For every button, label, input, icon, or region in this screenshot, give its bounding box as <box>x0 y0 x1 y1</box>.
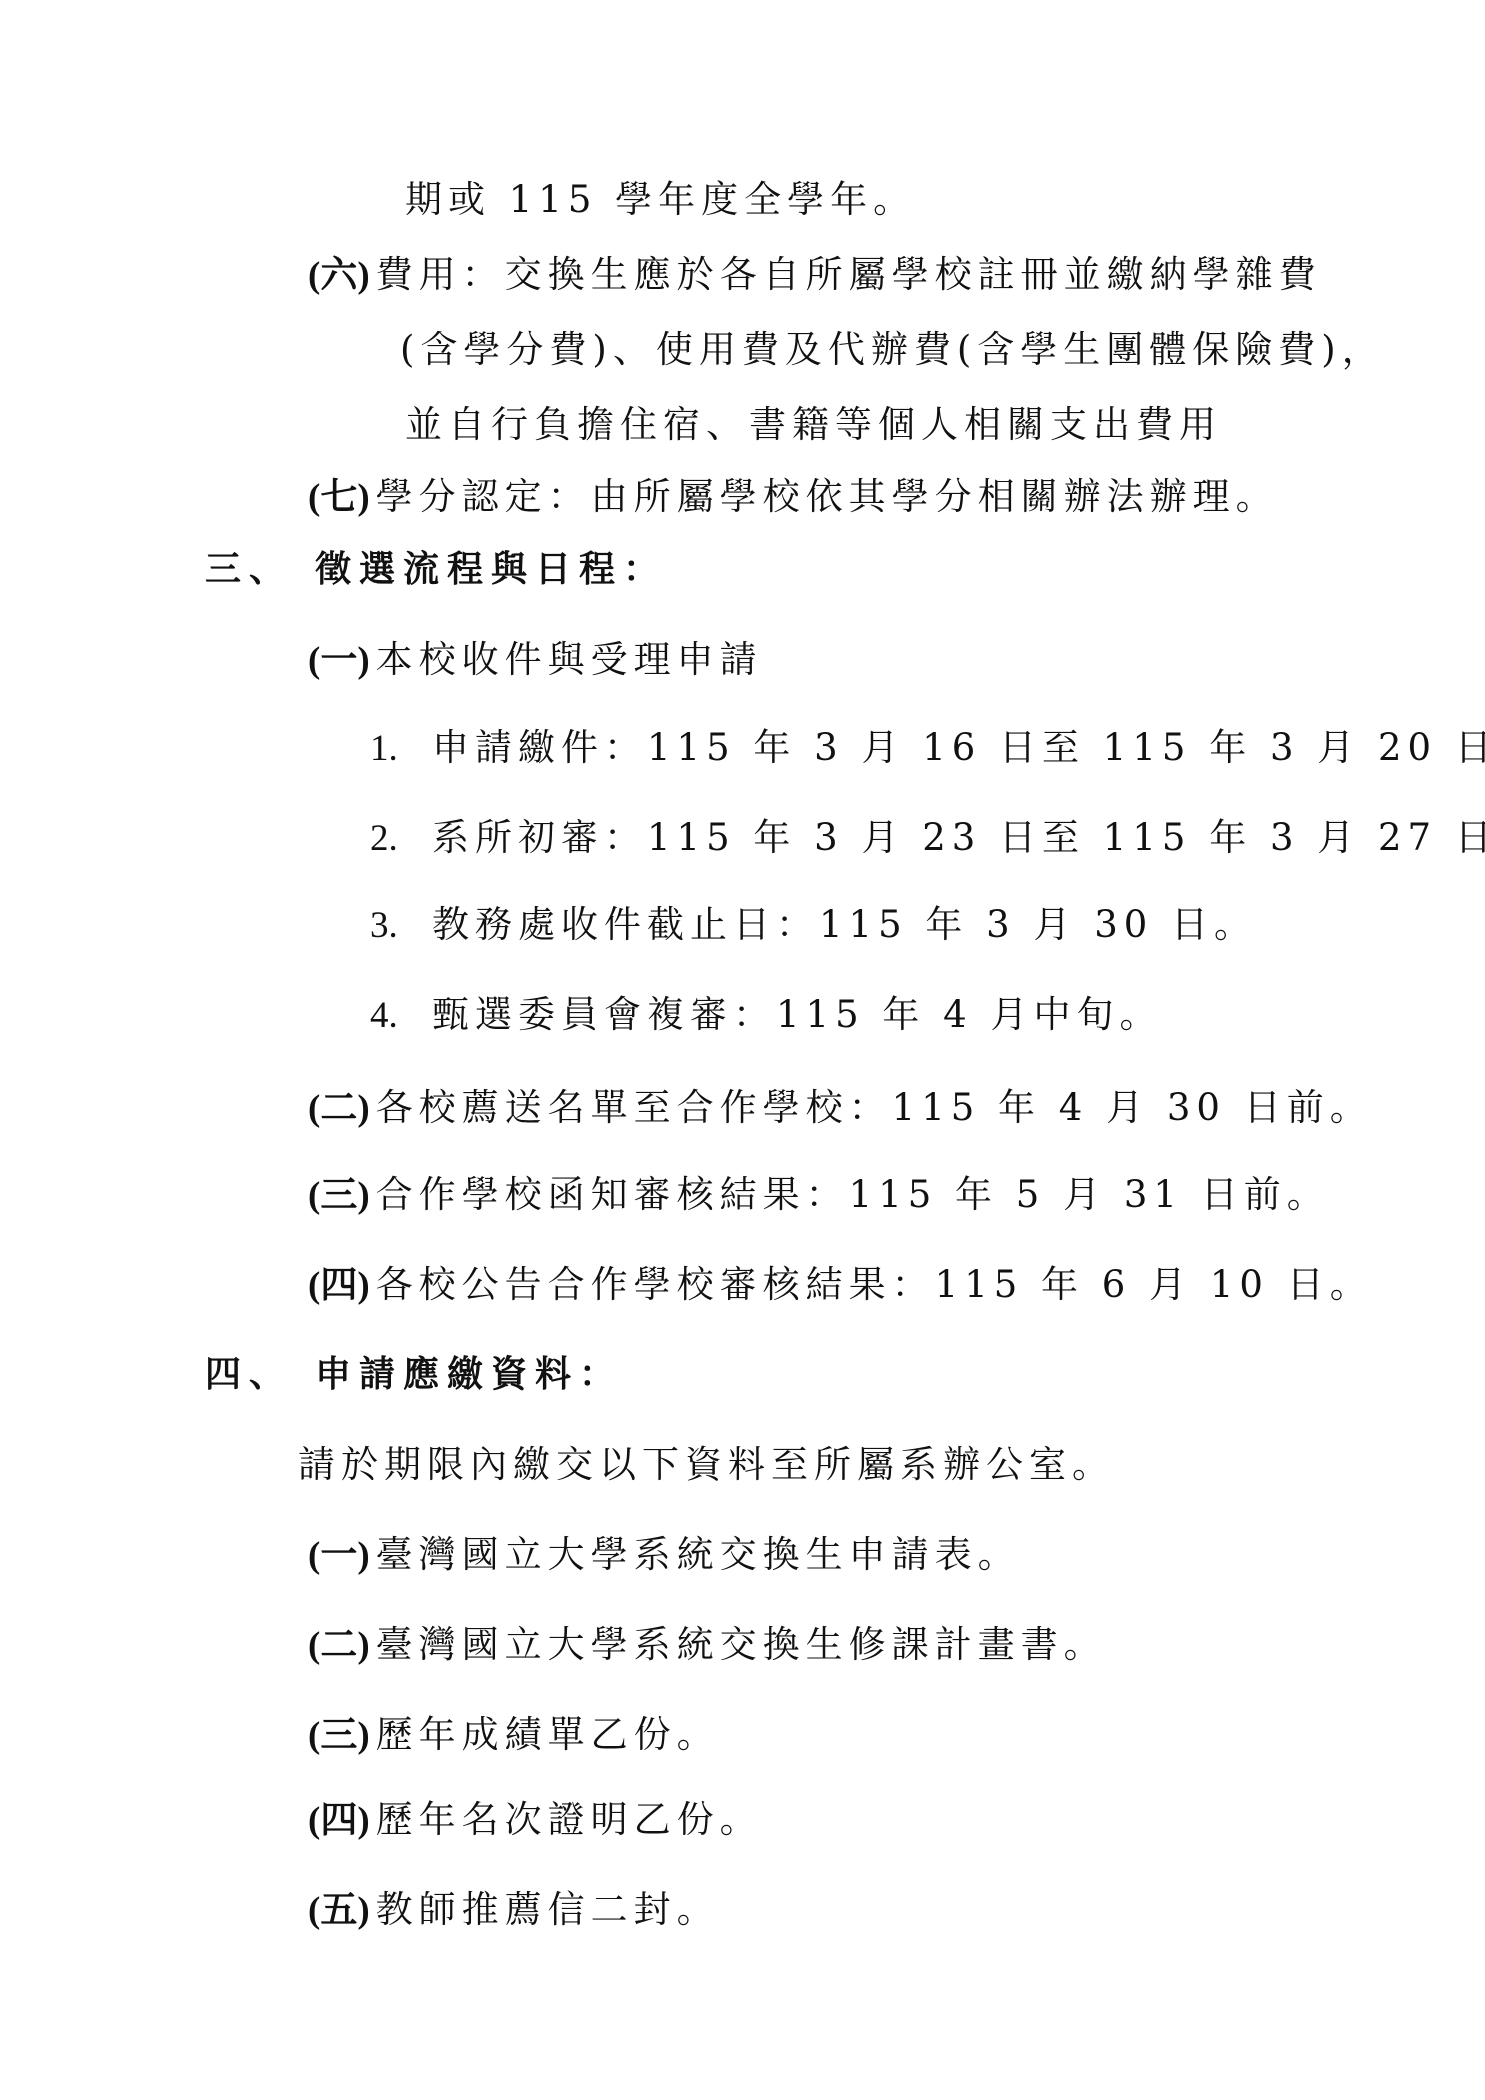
section2-item-6-line-3: 並自行負擔住宿、書籍等個人相關支出費用 <box>405 401 1222 449</box>
subitem-text: 教務處收件截止日：115 年 3 月 30 日。 <box>432 903 1257 946</box>
schedule-subitem: 2.系所初審：115 年 3 月 23 日至 115 年 3 月 27 日。 <box>370 814 1485 863</box>
section4-heading: 四、申請應繳資料： <box>205 1351 623 1399</box>
section3-item-1: (一)本校收件與受理申請 <box>308 636 763 685</box>
section3-item-2: (二)各校薦送名單至合作學校：115 年 4 月 30 日前。 <box>308 1084 1373 1133</box>
section2-item-7: (七)學分認定：由所屬學校依其學分相關辦法辦理。 <box>308 473 1279 522</box>
item-text: 本校收件與受理申請 <box>376 638 763 681</box>
item-label: (四) <box>308 1800 370 1841</box>
item-label: (二) <box>308 1088 370 1129</box>
item-text: 費用：交換生應於各自所屬學校註冊並繳納學雜費 <box>376 253 1322 296</box>
required-document-item: (二)臺灣國立大學系統交換生修課計畫書。 <box>308 1621 1107 1670</box>
section-title: 申請應繳資料： <box>315 1354 623 1395</box>
schedule-subitem: 1.申請繳件：115 年 3 月 16 日至 115 年 3 月 20 日。 <box>370 724 1485 773</box>
subitem-number: 4. <box>370 992 432 1040</box>
item-label: (六) <box>308 255 370 296</box>
subitem-text: 甄選委員會複審：115 年 4 月中旬。 <box>432 993 1162 1036</box>
item-label: (三) <box>308 1715 370 1756</box>
item-label: (二) <box>308 1625 370 1666</box>
schedule-subitem: 3.教務處收件截止日：115 年 3 月 30 日。 <box>370 901 1257 950</box>
item-text: 教師推薦信二封。 <box>376 1888 720 1931</box>
section-number: 三、 <box>205 549 293 590</box>
required-document-item: (一)臺灣國立大學系統交換生申請表。 <box>308 1531 1021 1580</box>
item-text: 各校薦送名單至合作學校：115 年 4 月 30 日前。 <box>376 1086 1373 1129</box>
section4-intro: 請於期限內繳交以下資料至所屬系辦公室。 <box>298 1441 1115 1489</box>
subitem-text: 申請繳件：115 年 3 月 16 日至 115 年 3 月 20 日。 <box>432 726 1485 769</box>
item-text: 歷年名次證明乙份。 <box>376 1798 763 1841</box>
section-number: 四、 <box>205 1354 293 1395</box>
section3-heading: 三、徵選流程與日程： <box>205 546 667 594</box>
item-label: (七) <box>308 477 370 518</box>
section2-continuation: 期或 115 學年度全學年。 <box>405 176 916 224</box>
subitem-text: 系所初審：115 年 3 月 23 日至 115 年 3 月 27 日。 <box>432 816 1485 859</box>
schedule-subitem: 4.甄選委員會複審：115 年 4 月中旬。 <box>370 991 1162 1040</box>
item-label: (三) <box>308 1175 370 1216</box>
item-label: (一) <box>308 640 370 681</box>
subitem-number: 1. <box>370 725 432 773</box>
section-title: 徵選流程與日程： <box>315 549 667 590</box>
item-label: (一) <box>308 1535 370 1576</box>
required-document-item: (五)教師推薦信二封。 <box>308 1886 720 1935</box>
item-text: 臺灣國立大學系統交換生修課計畫書。 <box>376 1623 1107 1666</box>
item-text: 學分認定：由所屬學校依其學分相關辦法辦理。 <box>376 475 1279 518</box>
section3-item-4: (四)各校公告合作學校審核結果：115 年 6 月 10 日。 <box>308 1261 1373 1310</box>
item-text: 歷年成績單乙份。 <box>376 1713 720 1756</box>
subitem-number: 3. <box>370 902 432 950</box>
required-document-item: (四)歷年名次證明乙份。 <box>308 1796 763 1845</box>
item-text: 各校公告合作學校審核結果：115 年 6 月 10 日。 <box>376 1263 1373 1306</box>
section2-item-6: (六)費用：交換生應於各自所屬學校註冊並繳納學雜費 <box>308 251 1322 300</box>
subitem-number: 2. <box>370 815 432 863</box>
item-label: (四) <box>308 1265 370 1306</box>
item-text: 臺灣國立大學系統交換生申請表。 <box>376 1533 1021 1576</box>
section2-item-6-line-2: (含學分費)、使用費及代辦費(含學生團體保險費)， <box>400 326 1385 374</box>
required-document-item: (三)歷年成績單乙份。 <box>308 1711 720 1760</box>
section3-item-3: (三)合作學校函知審核結果：115 年 5 月 31 日前。 <box>308 1171 1330 1220</box>
item-text: 合作學校函知審核結果：115 年 5 月 31 日前。 <box>376 1173 1330 1216</box>
item-label: (五) <box>308 1890 370 1931</box>
